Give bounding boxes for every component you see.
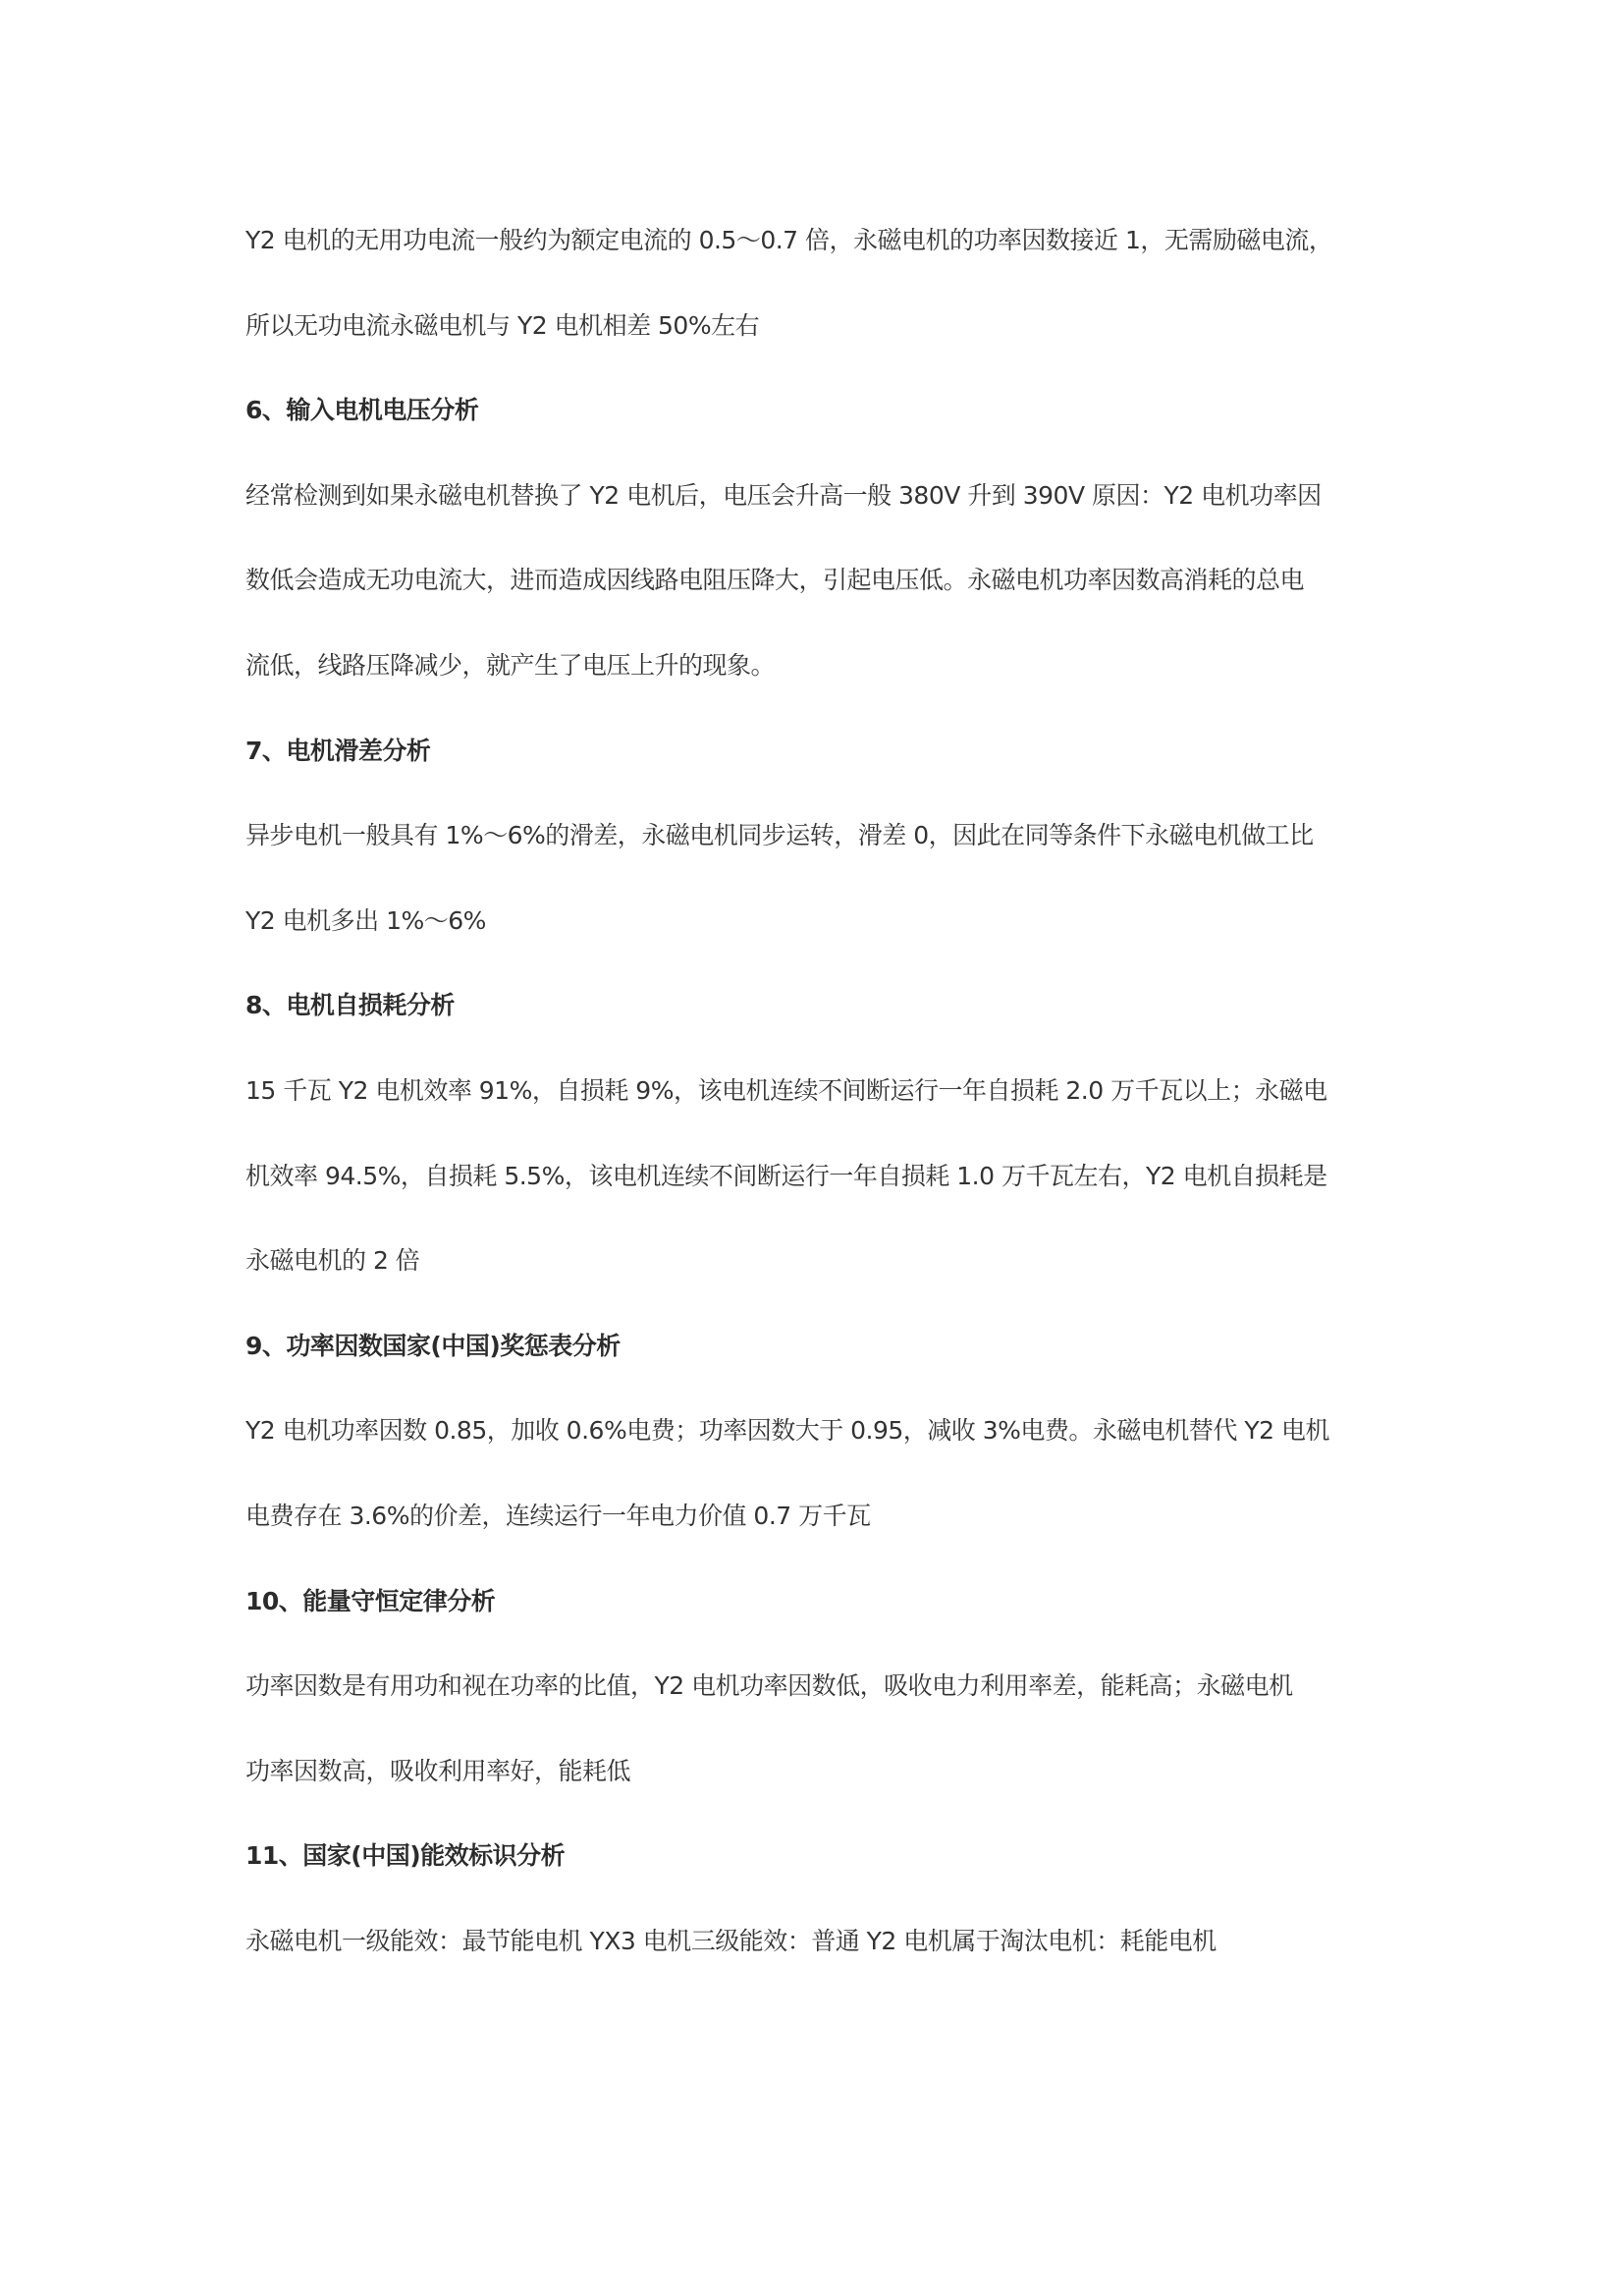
section-heading-10: 10、能量守恒定律分析 bbox=[245, 1559, 1394, 1645]
paragraph-line: 功率因数高，吸收利用率好，能耗低 bbox=[245, 1729, 1394, 1815]
paragraph-line: 数低会造成无功电流大，进而造成因线路电阻压降大，引起电压低。永磁电机功率因数高消… bbox=[245, 538, 1394, 624]
paragraph-line: 机效率 94.5%，自损耗 5.5%，该电机连续不间断运行一年自损耗 1.0 万… bbox=[245, 1134, 1394, 1220]
section-heading-6: 6、输入电机电压分析 bbox=[245, 368, 1394, 454]
paragraph-line: 异步电机一般具有 1%～6%的滑差，永磁电机同步运转，滑差 0，因此在同等条件下… bbox=[245, 793, 1394, 879]
paragraph-line: 所以无功电流永磁电机与 Y2 电机相差 50%左右 bbox=[245, 284, 1394, 369]
paragraph-line: 功率因数是有用功和视在功率的比值，Y2 电机功率因数低，吸收电力利用率差，能耗高… bbox=[245, 1644, 1394, 1729]
paragraph-line: 永磁电机一级能效：最节能电机 YX3 电机三级能效：普通 Y2 电机属于淘汰电机… bbox=[245, 1899, 1394, 1985]
paragraph-line: 15 千瓦 Y2 电机效率 91%，自损耗 9%，该电机连续不间断运行一年自损耗… bbox=[245, 1049, 1394, 1134]
section-heading-11: 11、国家(中国)能效标识分析 bbox=[245, 1814, 1394, 1899]
paragraph-line: 永磁电机的 2 倍 bbox=[245, 1219, 1394, 1304]
section-heading-8: 8、电机自损耗分析 bbox=[245, 963, 1394, 1049]
paragraph-line: Y2 电机的无用功电流一般约为额定电流的 0.5～0.7 倍，永磁电机的功率因数… bbox=[245, 198, 1394, 284]
paragraph-line: 电费存在 3.6%的价差，连续运行一年电力价值 0.7 万千瓦 bbox=[245, 1474, 1394, 1559]
paragraph-line: Y2 电机功率因数 0.85，加收 0.6%电费；功率因数大于 0.95，减收 … bbox=[245, 1389, 1394, 1474]
document-page: Y2 电机的无用功电流一般约为额定电流的 0.5～0.7 倍，永磁电机的功率因数… bbox=[245, 198, 1394, 1984]
paragraph-line: 流低，线路压降减少，就产生了电压上升的现象。 bbox=[245, 624, 1394, 709]
section-heading-9: 9、功率因数国家(中国)奖惩表分析 bbox=[245, 1304, 1394, 1390]
section-heading-7: 7、电机滑差分析 bbox=[245, 709, 1394, 794]
paragraph-line: 经常检测到如果永磁电机替换了 Y2 电机后，电压会升高一般 380V 升到 39… bbox=[245, 454, 1394, 539]
paragraph-line: Y2 电机多出 1%～6% bbox=[245, 879, 1394, 964]
